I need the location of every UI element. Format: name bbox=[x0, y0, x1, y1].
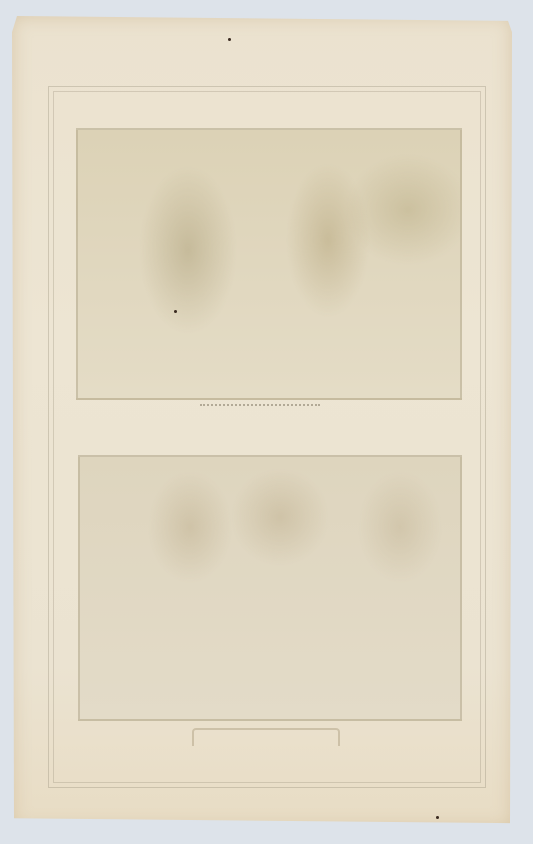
caption-line-top bbox=[200, 400, 320, 406]
paper-speck bbox=[436, 816, 439, 819]
caption-cartouche-bottom bbox=[192, 728, 340, 746]
engraving-panel-top bbox=[76, 128, 462, 400]
paper-speck bbox=[228, 38, 231, 41]
engraving-panel-bottom bbox=[78, 455, 462, 721]
paper-speck bbox=[174, 310, 177, 313]
